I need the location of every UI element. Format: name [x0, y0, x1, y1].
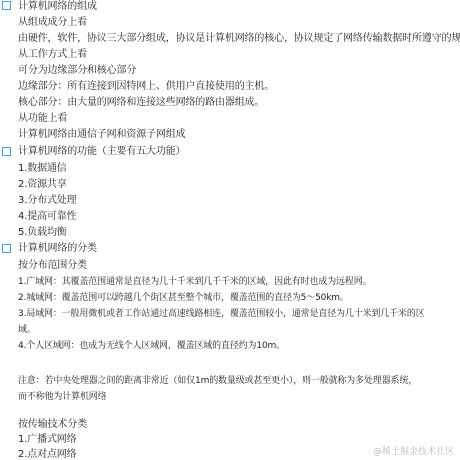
text-line: 从功能上看 [18, 112, 67, 126]
text-line: 可分为边缘部分和核心部分 [18, 64, 136, 78]
list-item: 4.提高可靠性 [18, 210, 77, 224]
text-line: 从组成成分上看 [18, 16, 87, 30]
list-item: 5.负载均衡 [18, 226, 67, 240]
text-line: 核心部分：由大量的网络和连接这些网络的路由器组成。 [18, 96, 264, 110]
list-item: 4.个人区域网：也成为无线个人区域网，覆盖区域的直径约为10m。 [18, 339, 285, 353]
watermark: @稀土掘金技术社区 [373, 446, 454, 458]
text-line: 由硬件，软件，协议三大部分组成，协议是计算机网络的核心，协议规定了网络传输数据时… [18, 32, 460, 46]
list-item: 3.局域网：一般用微机或者工作站通过高速线路相连，覆盖范围较小，通常是直径为几十… [18, 307, 425, 321]
text-line: 边缘部分：所有连接到因特网上、供用户直接使用的主机。 [18, 80, 274, 94]
list-item: 域。 [18, 323, 36, 337]
text-line: 从工作方式上看 [18, 48, 87, 62]
list-item: 3.分布式处理 [18, 194, 77, 208]
text-line: 按传输技术分类 [18, 418, 87, 432]
section-heading-functions: 计算机网络的功能（主要有五大功能） [18, 145, 185, 159]
list-item: 2.点对点网络 [18, 448, 77, 460]
list-item: 2.城域网：覆盖范围可以跨越几个街区甚至整个城市，覆盖范围的直径为5～50km。 [18, 291, 349, 305]
checkbox-icon[interactable] [2, 1, 11, 10]
section-heading-classification: 计算机网络的分类 [18, 242, 97, 256]
list-item: 1.广域网：其覆盖范围通常是直径为几十千米到几千千米的区域，因此有时也成为远程网… [18, 275, 371, 289]
note-line: 注意：若中央处理器之间的距离非常近（如仅1m的数量级或甚至更小），则一般就称为多… [18, 374, 417, 388]
text-line: 按分布范围分类 [18, 259, 87, 273]
note-line: 而不称他为计算机网络 [18, 390, 107, 404]
checkbox-icon[interactable] [2, 244, 11, 253]
checkbox-icon[interactable] [2, 147, 11, 156]
section-heading-composition: 计算机网络的组成 [18, 0, 97, 14]
list-item: 1.数据通信 [18, 162, 67, 176]
list-item: 1.广播式网络 [18, 433, 77, 447]
text-line: 计算机网络由通信子网和资源子网组成 [18, 128, 185, 142]
list-item: 2.资源共享 [18, 178, 67, 192]
